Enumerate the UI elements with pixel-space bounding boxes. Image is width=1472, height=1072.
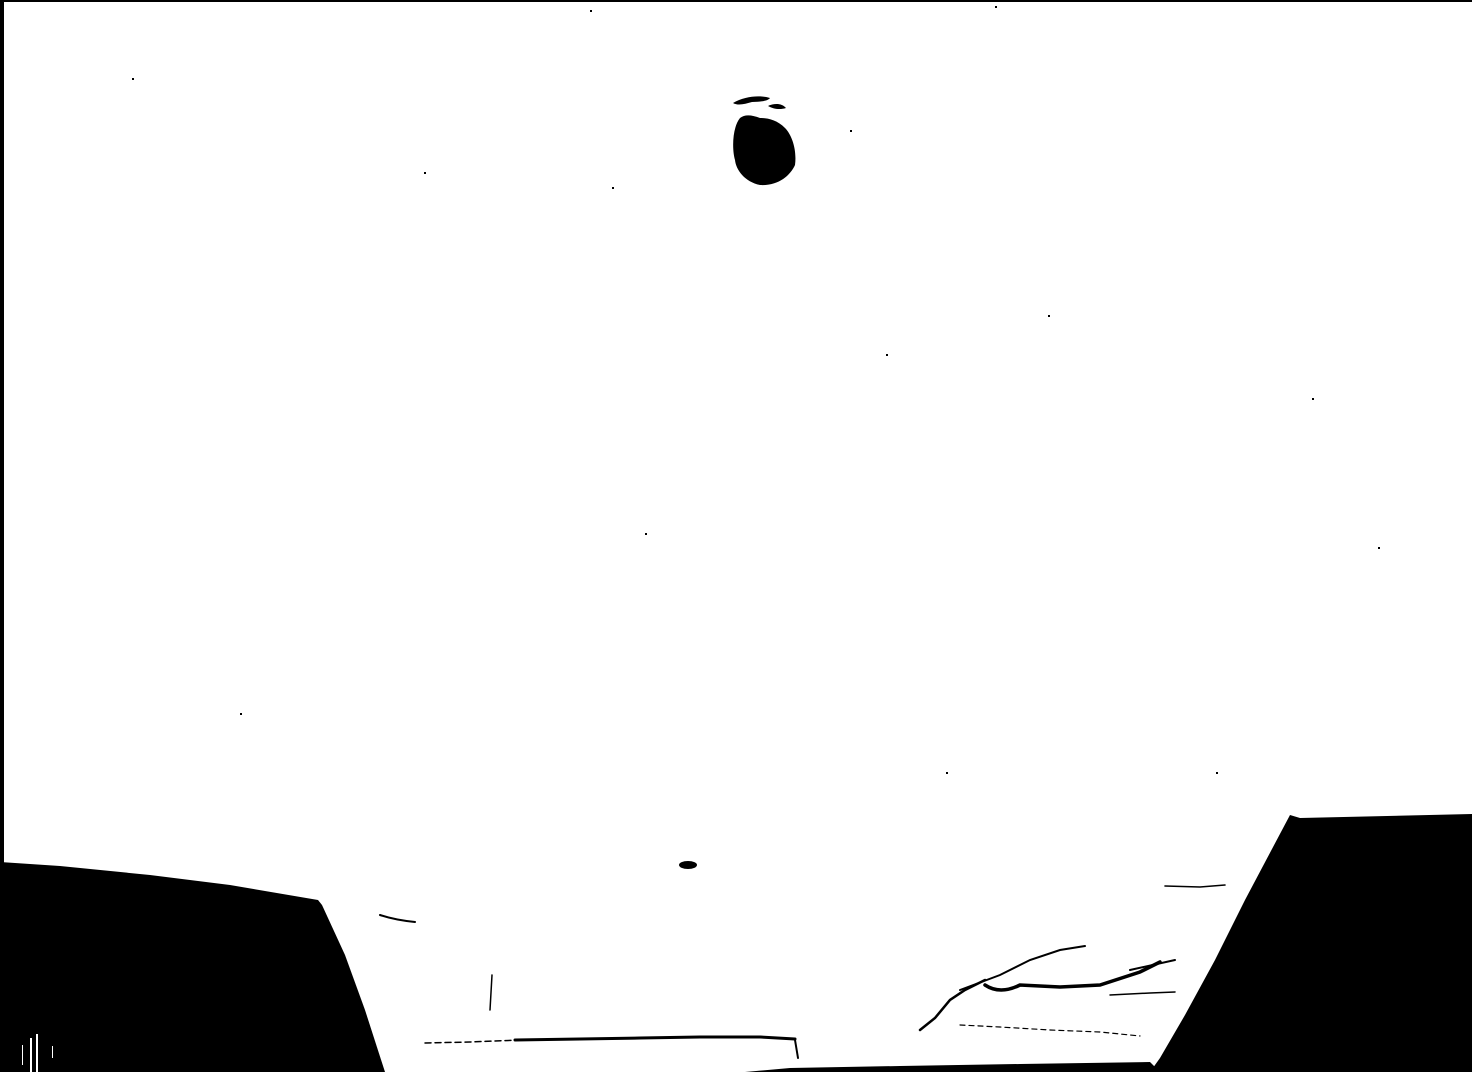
speck [679, 861, 697, 869]
binarized-photo [0, 0, 1472, 1072]
top-edge-border [0, 0, 1472, 2]
